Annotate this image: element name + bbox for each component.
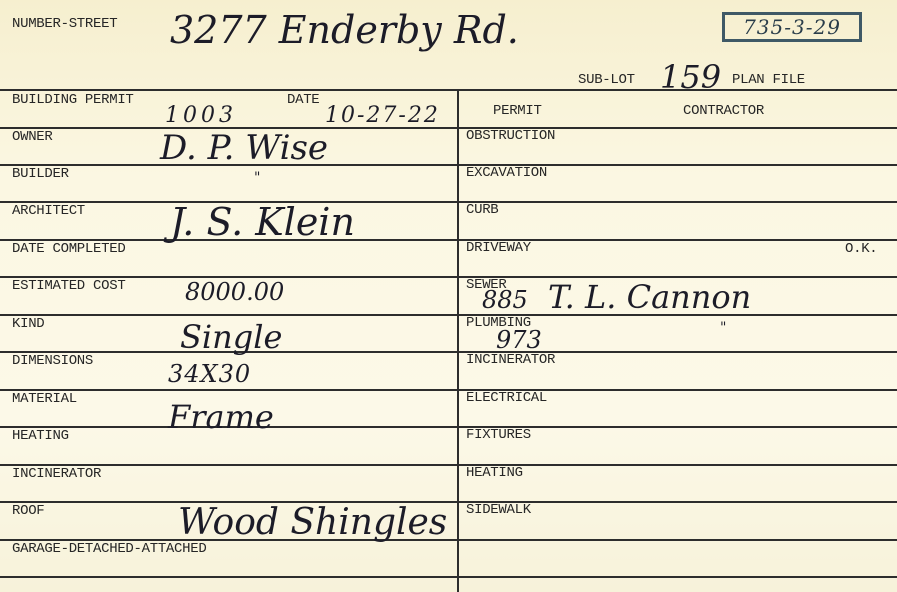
date-label: DATE (287, 92, 319, 108)
plumbing-contractor-value: " (720, 320, 726, 336)
architect-value: J. S. Klein (170, 200, 355, 244)
field-label: INCINERATOR (12, 466, 101, 482)
sewer-contractor-value: T. L. Cannon (548, 278, 751, 316)
row-rule (457, 464, 897, 466)
permit-field-label: HEATING (466, 465, 523, 481)
field-label: HEATING (12, 428, 69, 444)
plumbing-permit-value: 973 (496, 326, 542, 354)
field-label: ROOF (12, 503, 44, 519)
date-value: 10-27-22 (325, 103, 440, 128)
field-label: ARCHITECT (12, 203, 85, 219)
material-value: Frame (168, 398, 274, 436)
permit-field-label: CURB (466, 202, 498, 218)
number-street-value: 3277 Enderby Rd. (170, 8, 519, 52)
field-label: BUILDER (12, 166, 69, 182)
permit-field-label: INCINERATOR (466, 352, 555, 368)
owner-value: D. P. Wise (160, 128, 328, 168)
driveway-note: O.K. (845, 241, 877, 257)
number-street-label: NUMBER-STREET (12, 16, 117, 32)
permit-field-label: EXCAVATION (466, 165, 547, 181)
divider (0, 89, 897, 91)
permit-column-header: PERMIT (493, 103, 542, 119)
permit-field-label: DRIVEWAY (466, 240, 531, 256)
builder-value: " (254, 170, 260, 186)
field-label: ESTIMATED COST (12, 278, 125, 294)
field-label: DATE COMPLETED (12, 241, 125, 257)
row-rule (0, 314, 457, 316)
sewer-permit-value: 885 (482, 286, 528, 314)
permit-field-label: SIDEWALK (466, 502, 531, 518)
permit-field-label: OBSTRUCTION (466, 128, 555, 144)
field-label: MATERIAL (12, 391, 77, 407)
kind-value: Single (180, 318, 282, 356)
permit-field-label: FIXTURES (466, 427, 531, 443)
row-rule (457, 539, 897, 541)
dimensions-value: 34X30 (168, 360, 251, 388)
field-label: OWNER (12, 129, 53, 145)
permit-field-label: ELECTRICAL (466, 390, 547, 406)
roof-value: Wood Shingles (178, 502, 447, 543)
field-label: KIND (12, 316, 44, 332)
plan-file-label: PLAN FILE (732, 72, 805, 88)
field-label: GARAGE-DETACHED-ATTACHED (12, 541, 206, 557)
field-label: DIMENSIONS (12, 353, 93, 369)
row-rule (0, 576, 897, 578)
contractor-column-header: CONTRACTOR (683, 103, 764, 119)
sub-lot-label: SUB-LOT (578, 72, 635, 88)
building-permit-label: BUILDING PERMIT (12, 92, 134, 108)
building-permit-card: NUMBER-STREET 3277 Enderby Rd. 735-3-29 … (0, 0, 897, 592)
row-rule (457, 201, 897, 203)
building-permit-value: 1003 (165, 103, 237, 128)
estimated-cost-value: 8000.00 (185, 278, 284, 306)
file-number-stamp: 735-3-29 (722, 12, 862, 42)
